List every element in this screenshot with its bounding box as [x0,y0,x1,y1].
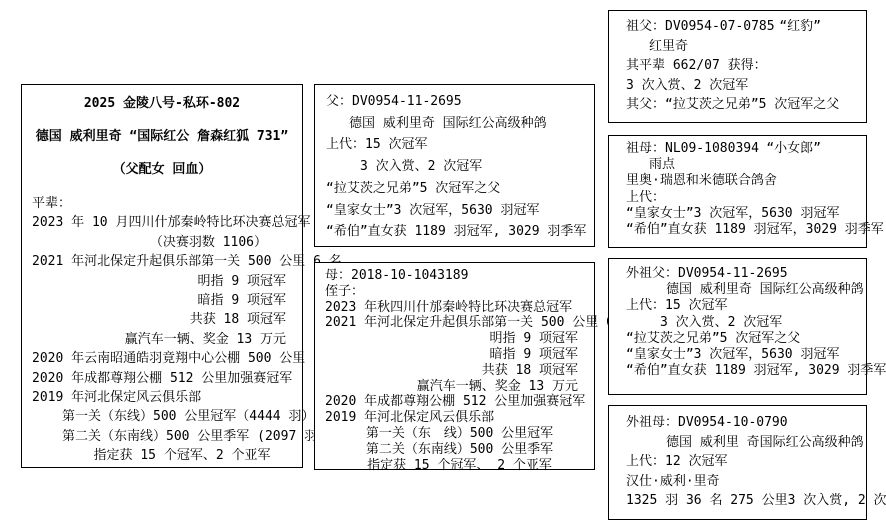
maternal-grandfather-box: 外祖父：DV0954-11-2695德国 威利里奇 国际红公高级种鸽上代：15 … [608,258,867,395]
pedigree-line: 祖母：NL09-1080394“小女郎” [626,141,866,157]
pedigree-line: 2020 年云南昭通皓羽竟翔中心公棚 500 公里 22 名 [32,349,302,368]
pedigree-line: 3 次入赏、2 次冠军 [626,315,866,331]
pedigree-line: “拉艾茨之兄弟”5 次冠军之父 [626,331,866,347]
pedigree-line: 里奥·瑞恩和米德联合鸽舍 [626,173,866,189]
pedigree-line: 暗指 9 项冠军 [325,347,594,363]
pedigree-line: “希伯”直女获 1189 羽冠军, 3029 羽季军 [626,363,866,379]
main-bird-strain-title: 德国 威利里奇 “国际红公 詹森红狐 731” [32,120,302,153]
pedigree-line: 2019 年河北保定风云俱乐部 [325,410,594,426]
line-left-text: 祖母：NL09-1080394 [626,141,759,157]
main-bird-box: 2025 金陵八号-私环-802 德国 威利里奇 “国际红公 詹森红狐 731”… [21,84,303,468]
pedigree-line: 德国 威利里 奇国际红公高级种鸽 [626,433,866,453]
pedigree-line: 2021 年河北保定升起俱乐部第一关 500 公里 6 名 [32,252,302,271]
pedigree-line: 第二关（东南线）500 公里季军 [325,442,594,458]
grandmother-details: 祖母：NL09-1080394“小女郎”雨点里奥·瑞恩和米德联合鸽舍上代：“皇家… [626,141,866,238]
grandfather-details: 祖父：DV0954-07-0785“红豹”红里奇其平辈 662/07 获得：3 … [626,17,866,115]
pedigree-line: 指定获 15 个冠军、2 个亚军 [32,446,302,465]
pedigree-line: 共获 18 项冠军 [325,363,594,379]
pedigree-line: 其平辈 662/07 获得： [626,56,866,76]
pedigree-line: 外祖父：DV0954-11-2695 [626,266,866,282]
pedigree-line: 雨点 [626,157,866,173]
pedigree-line: 上代：15 次冠军 [626,298,866,314]
pedigree-line: 上代： [626,190,866,206]
line-left-text: 1325 羽 36 名 275 公里 [626,491,788,511]
pedigree-line: 明指 9 项冠军 [32,272,302,291]
main-bird-mating-title: （父配女 回血） [32,153,302,186]
line-right-text: 3 次入赏, 2 次冠军 [788,491,886,511]
pedigree-line: 明指 9 项冠军 [325,331,594,347]
mother-box: 母：2018-10-1043189侄子：2023 年秋四川什邡秦岭特比环决赛总冠… [314,262,595,470]
pedigree-line: 平辈： [32,194,302,213]
pedigree-line: “皇家女士”3 次冠军，5630 羽冠军 [626,206,866,222]
pedigree-line: 侄子： [325,284,594,300]
pedigree-line: 3 次入赏、2 次冠军 [326,156,594,178]
pedigree-line: 指定获 15 个冠军、 2 个亚军 [325,458,594,474]
pedigree-line: 上代：15 次冠军 [326,134,594,156]
maternal-grandfather-details: 外祖父：DV0954-11-2695德国 威利里奇 国际红公高级种鸽上代：15 … [626,266,866,379]
main-bird-ring-title: 2025 金陵八号-私环-802 [32,87,302,120]
pedigree-line: 德国 威利里奇 国际红公高级种鸽 [626,282,866,298]
pedigree-line: 其父：“拉艾茨之兄弟”5 次冠军之父 [626,95,866,115]
pedigree-line: 外祖母：DV0954-10-0790 [626,413,866,433]
pedigree-line: 父：DV0954-11-2695 [326,91,594,113]
pedigree-line: 2021 年河北保定升起俱乐部第一关 500 公里 6 名 [325,315,594,331]
pedigree-line: 2020 年成都尊翔公棚 512 公里加强赛冠军 [32,369,302,388]
line-right-text: “红豹” [779,17,821,37]
pedigree-line: 3 次入赏、2 次冠军 [626,76,866,96]
maternal-grandmother-details: 外祖母：DV0954-10-0790德国 威利里 奇国际红公高级种鸽上代：12 … [626,413,866,511]
line-left-text: 祖父：DV0954-07-0785 [626,17,775,37]
pedigree-line: “希伯”直女获 1189 羽冠军, 3029 羽季军 [326,221,594,243]
pedigree-line: 德国 威利里奇 国际红公高级种鸽 [326,113,594,135]
pedigree-line: 共获 18 项冠军 [32,310,302,329]
pedigree-line: “希伯”直女获 1189 羽冠军，3029 羽季军 [626,222,866,238]
pedigree-line: 第二关（东南线）500 公里季军 (2097 羽) [32,427,302,446]
pedigree-line: 祖父：DV0954-07-0785“红豹” [626,17,866,37]
line-right-text: “小女郎” [766,141,821,157]
pedigree-line: 第一关（东 线）500 公里冠军 [325,426,594,442]
pedigree-line: “皇家女士”3 次冠军，5630 羽冠军 [626,347,866,363]
maternal-grandmother-box: 外祖母：DV0954-10-0790德国 威利里 奇国际红公高级种鸽上代：12 … [608,405,867,520]
pedigree-line: “拉艾茨之兄弟”5 次冠军之父 [326,178,594,200]
main-bird-achievements: 平辈：2023 年 10 月四川什邡秦岭特比环决赛总冠军（决赛羽数 1106）2… [32,194,302,466]
pedigree-line: 汉仕·威利·里奇 [626,472,866,492]
pedigree-line: “皇家女士”3 次冠军，5630 羽冠军 [326,200,594,222]
pedigree-line: 红里奇 [626,37,866,57]
pedigree-sheet: 2025 金陵八号-私环-802 德国 威利里奇 “国际红公 詹森红狐 731”… [0,0,886,526]
pedigree-line: 2023 年秋四川什邡秦岭特比环决赛总冠军 [325,300,594,316]
pedigree-line: 2020 年成都尊翔公棚 512 公里加强赛冠军 [325,394,594,410]
pedigree-line: 母：2018-10-1043189 [325,268,594,284]
pedigree-line: 赢汽车一辆、奖金 13 万元 [32,330,302,349]
pedigree-line: 2019 年河北保定风云俱乐部 [32,388,302,407]
pedigree-line: 暗指 9 项冠军 [32,291,302,310]
pedigree-line: 第一关（东线）500 公里冠军（4444 羽） [32,407,302,426]
pedigree-line: 1325 羽 36 名 275 公里3 次入赏, 2 次冠军 [626,491,866,511]
grandfather-box: 祖父：DV0954-07-0785“红豹”红里奇其平辈 662/07 获得：3 … [608,10,867,123]
father-details: 父：DV0954-11-2695德国 威利里奇 国际红公高级种鸽上代：15 次冠… [326,91,594,243]
pedigree-line: 上代：12 次冠军 [626,452,866,472]
pedigree-line: 2023 年 10 月四川什邡秦岭特比环决赛总冠军 [32,213,302,232]
mother-details: 母：2018-10-1043189侄子：2023 年秋四川什邡秦岭特比环决赛总冠… [325,268,594,473]
pedigree-line: （决赛羽数 1106） [32,233,302,252]
grandmother-box: 祖母：NL09-1080394“小女郎”雨点里奥·瑞恩和米德联合鸽舍上代：“皇家… [608,135,867,248]
pedigree-line: 赢汽车一辆、奖金 13 万元 [325,379,594,395]
father-box: 父：DV0954-11-2695德国 威利里奇 国际红公高级种鸽上代：15 次冠… [314,84,595,247]
